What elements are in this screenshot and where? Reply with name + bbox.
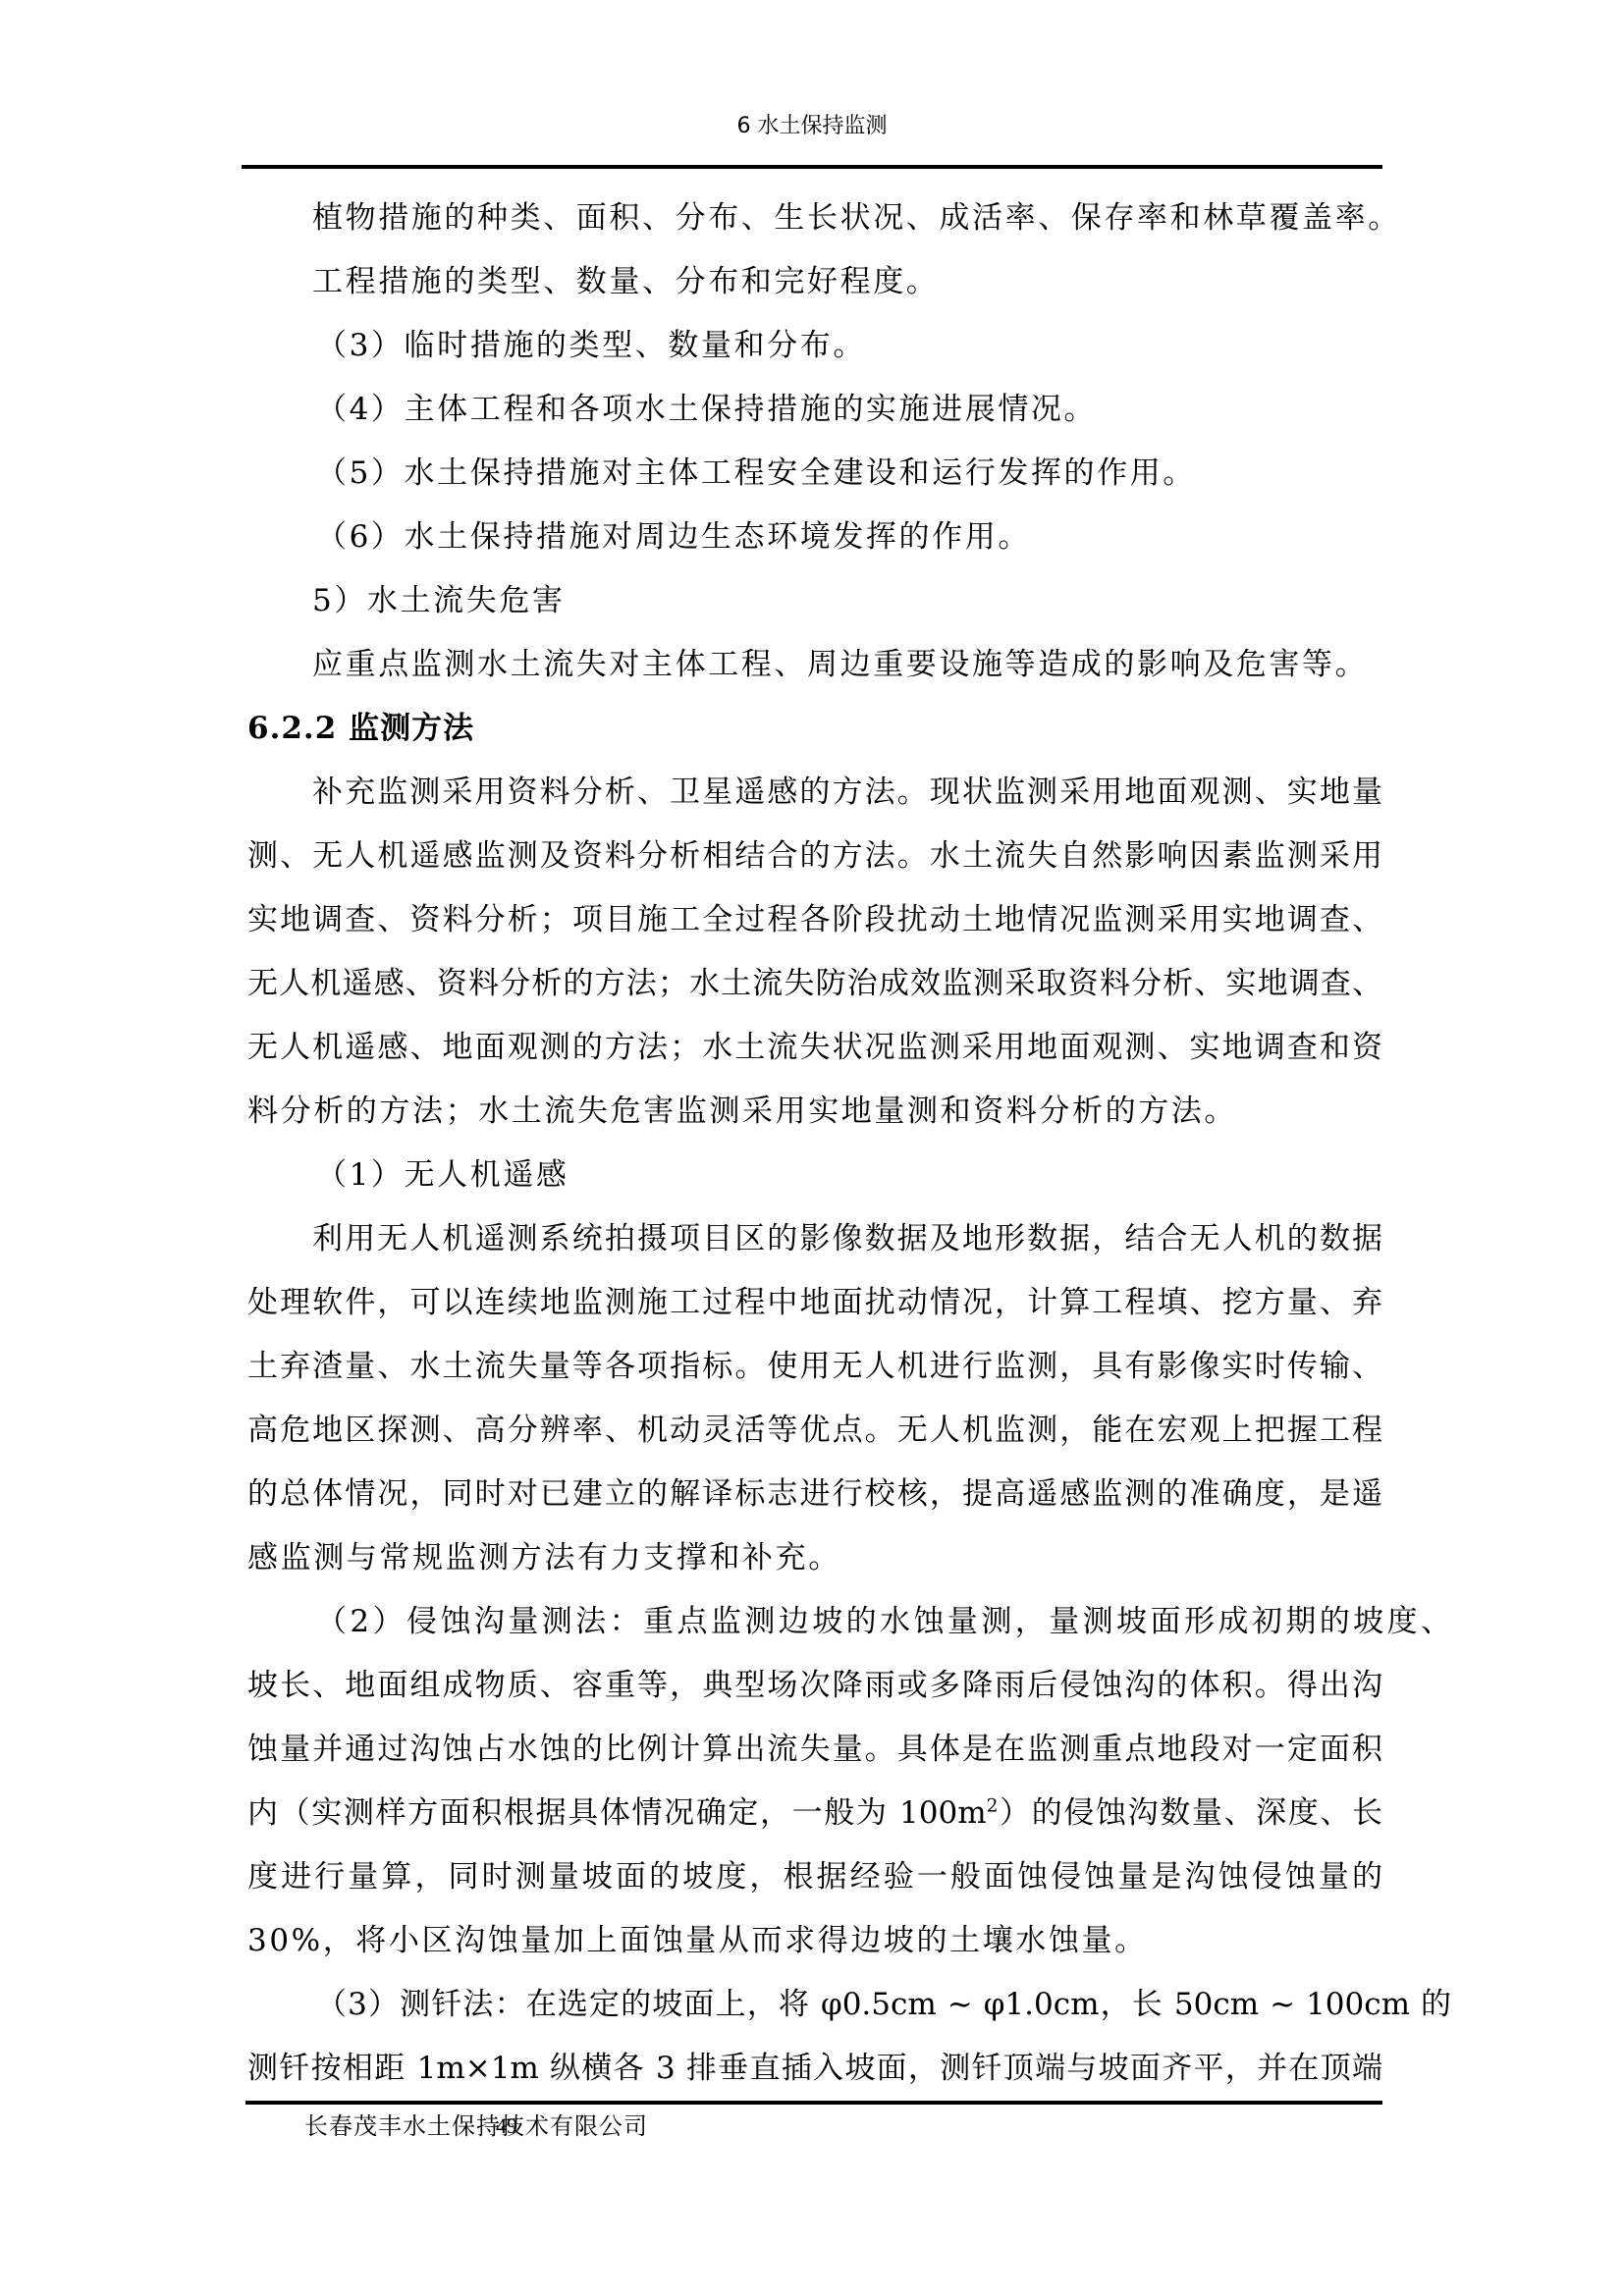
header-rule — [242, 165, 1382, 169]
paragraph-line: 处理软件，可以连续地监测施工过程中地面扰动情况，计算工程填、挖方量、弃 — [247, 1283, 1382, 1322]
paragraph-line: 利用无人机遥测系统拍摄项目区的影像数据及地形数据，结合无人机的数据 — [312, 1219, 1382, 1258]
page-number: 49 — [496, 2110, 517, 2142]
text-segment: 内（实测样方面积根据具体情况确定，一般为 100m — [247, 1795, 987, 1831]
section-heading: 6.2.2 监测方法 — [247, 709, 474, 748]
paragraph-line: 无人机遥感、地面观测的方法；水土流失状况监测采用地面观测、实地调查和资 — [247, 1028, 1382, 1067]
paragraph-line: 坡长、地面组成物质、容重等，典型场次降雨或多降雨后侵蚀沟的体积。得出沟 — [247, 1666, 1382, 1705]
text-line: 工程措施的类型、数量、分布和完好程度。 — [312, 262, 939, 301]
running-header-title: 6 水土保持监测 — [0, 112, 1624, 141]
paragraph-line: 测、无人机遥感监测及资料分析相结合的方法。水土流失自然影响因素监测采用 — [247, 836, 1382, 876]
text-line: 植物措施的种类、面积、分布、生长状况、成活率、保存率和林草覆盖率。 — [312, 198, 1401, 238]
paragraph-line: 料分析的方法；水土流失危害监测采用实地量测和资料分析的方法。 — [247, 1092, 1237, 1131]
paragraph-line: 蚀量并通过沟蚀占水蚀的比例计算出流失量。具体是在监测重点地段对一定面积 — [247, 1730, 1382, 1769]
paragraph-line: 内（实测样方面积根据具体情况确定，一般为 100m2）的侵蚀沟数量、深度、长 — [247, 1793, 1382, 1833]
paragraph-line: 测钎按相距 1m×1m 纵横各 3 排垂直插入坡面，测钎顶端与坡面齐平，并在顶端 — [247, 2049, 1382, 2088]
paragraph-line: 的总体情况，同时对已建立的解译标志进行校核，提高遥感监测的准确度，是遥 — [247, 1474, 1382, 1514]
paragraph-line: 感监测与常规监测方法有力支撑和补充。 — [247, 1538, 841, 1577]
text-line: 5）水土流失危害 — [312, 581, 566, 620]
text-line: （5）水土保持措施对主体工程安全建设和运行发挥的作用。 — [316, 454, 1196, 493]
text-line: 应重点监测水土流失对主体工程、周边重要设施等造成的影响及危害等。 — [312, 645, 1368, 684]
text-line: （4）主体工程和各项水土保持措施的实施进展情况。 — [316, 390, 1097, 429]
superscript: 2 — [987, 1796, 999, 1817]
paragraph-line: 高危地区探测、高分辨率、机动灵活等优点。无人机监测，能在宏观上把握工程 — [247, 1411, 1382, 1450]
paragraph-line: （2）侵蚀沟量测法：重点监测边坡的水蚀量测，量测坡面形成初期的坡度、 — [316, 1602, 1451, 1641]
paragraph-line: 度进行量算，同时测量坡面的坡度，根据经验一般面蚀侵蚀量是沟蚀侵蚀量的 — [247, 1857, 1382, 1896]
paragraph-line: （3）测钎法：在选定的坡面上，将 φ0.5cm ~ φ1.0cm，长 50cm … — [316, 1985, 1451, 2024]
paragraph-line: 土弃渣量、水土流失量等各项指标。使用无人机进行监测，具有影像实时传输、 — [247, 1347, 1382, 1386]
paragraph-line: 实地调查、资料分析；项目施工全过程各阶段扰动土地情况监测采用实地调查、 — [247, 900, 1382, 939]
text-line: （3）临时措施的类型、数量和分布。 — [316, 326, 866, 365]
footer-company-name: 长春茂丰水土保持技术有限公司 — [304, 2110, 648, 2142]
paragraph-line: 补充监测采用资料分析、卫星遥感的方法。现状监测采用地面观测、实地量 — [312, 773, 1382, 812]
text-segment: ）的侵蚀沟数量、深度、长 — [998, 1795, 1382, 1831]
paragraph-line: 30%，将小区沟蚀量加上面蚀量从而求得边坡的土壤水蚀量。 — [247, 1921, 1148, 1960]
footer-rule — [245, 2101, 1382, 2105]
document-page: 6 水土保持监测 植物措施的种类、面积、分布、生长状况、成活率、保存率和林草覆盖… — [0, 0, 1624, 2296]
subheading-uav-remote-sensing: （1）无人机遥感 — [316, 1155, 569, 1195]
paragraph-line: 无人机遥感、资料分析的方法；水土流失防治成效监测采取资料分析、实地调查、 — [247, 964, 1382, 1003]
text-line: （6）水土保持措施对周边生态环境发挥的作用。 — [316, 517, 1031, 557]
